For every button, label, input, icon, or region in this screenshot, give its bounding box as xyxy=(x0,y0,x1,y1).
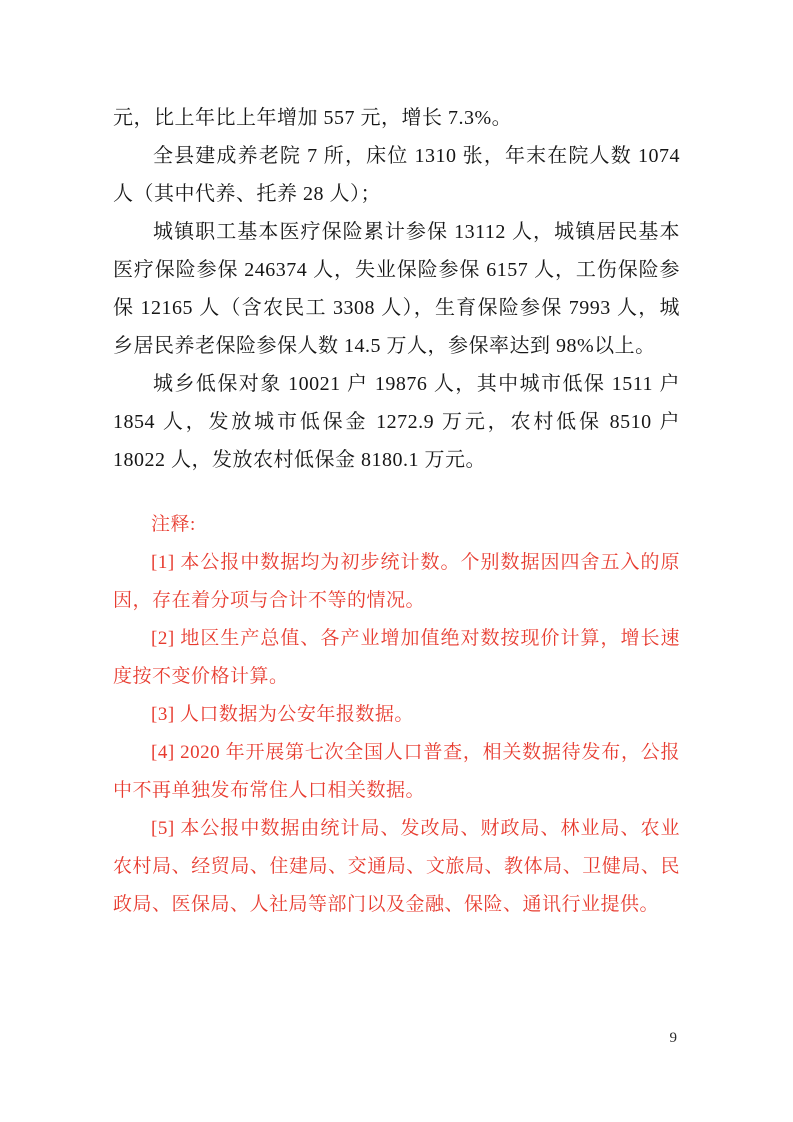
body-paragraph-insurance: 城镇职工基本医疗保险累计参保 13112 人，城镇居民基本医疗保险参保 2463… xyxy=(113,213,680,365)
page-number: 9 xyxy=(670,1030,678,1047)
body-paragraph-subsistence-allowance: 城乡低保对象 10021 户 19876 人，其中城市低保 1511 户 185… xyxy=(113,365,680,479)
page-content: 元，比上年比上年增加 557 元，增长 7.3%。 全县建成养老院 7 所，床位… xyxy=(113,99,680,924)
note-item-5: [5] 本公报中数据由统计局、发改局、财政局、林业局、农业农村局、经贸局、住建局… xyxy=(113,810,680,924)
notes-section: 注释: [1] 本公报中数据均为初步统计数。个别数据因四舍五入的原因，存在着分项… xyxy=(113,506,680,924)
note-item-2: [2] 地区生产总值、各产业增加值绝对数按现价计算，增长速度按不变价格计算。 xyxy=(113,620,680,696)
document-page: 元，比上年比上年增加 557 元，增长 7.3%。 全县建成养老院 7 所，床位… xyxy=(0,0,793,1122)
notes-heading: 注释: xyxy=(113,506,680,544)
note-item-4: [4] 2020 年开展第七次全国人口普查，相关数据待发布，公报中不再单独发布常… xyxy=(113,734,680,810)
body-paragraph-continuation: 元，比上年比上年增加 557 元，增长 7.3%。 xyxy=(113,99,680,137)
note-item-1: [1] 本公报中数据均为初步统计数。个别数据因四舍五入的原因，存在着分项与合计不… xyxy=(113,544,680,620)
body-paragraph-nursing-homes: 全县建成养老院 7 所，床位 1310 张，年末在院人数 1074 人（其中代养… xyxy=(113,137,680,213)
note-item-3: [3] 人口数据为公安年报数据。 xyxy=(113,696,680,734)
